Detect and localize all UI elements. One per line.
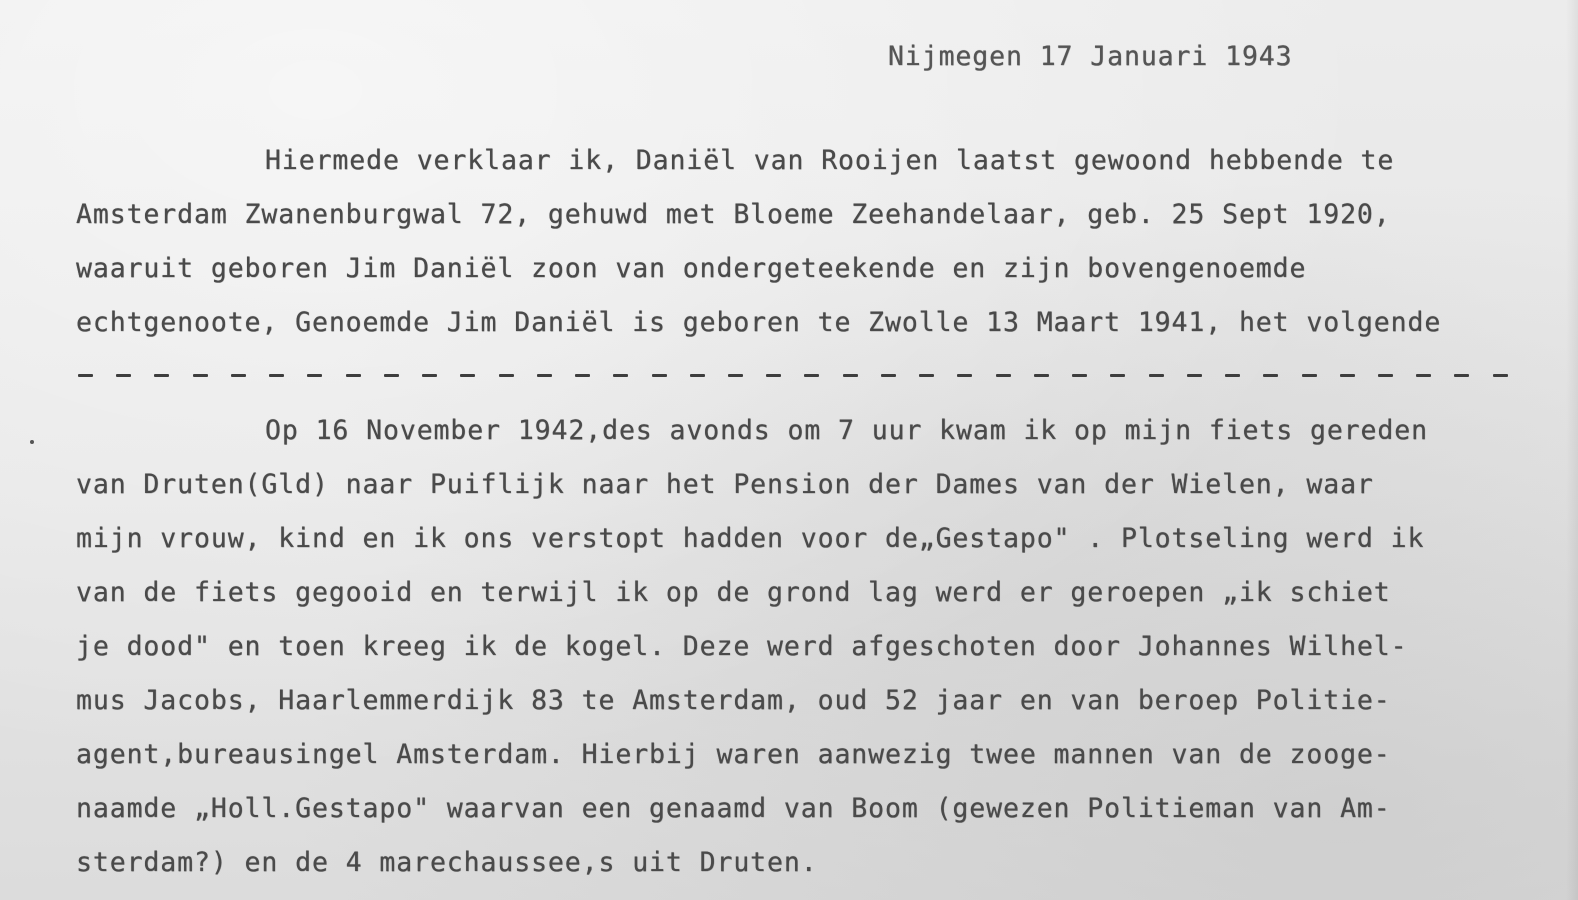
text-line: Amsterdam Zwanenburgwal 72, gehuwd met B…	[76, 202, 1391, 229]
text-line: mijn vrouw, kind en ik ons verstopt hadd…	[76, 526, 1424, 553]
dash	[116, 374, 131, 377]
dash	[690, 374, 705, 377]
dashed-separator	[78, 374, 1508, 377]
dash	[1493, 374, 1508, 377]
dash	[346, 374, 361, 377]
text-line: van de fiets gegooid en terwijl ik op de…	[76, 580, 1391, 607]
text-line: Hiermede verklaar ik, Daniël van Rooijen…	[265, 148, 1394, 175]
text-line: sterdam?) en de 4 marechaussee,s uit Dru…	[76, 850, 818, 877]
dash	[1110, 374, 1125, 377]
text-line: naamde „Holl.Gestapo" waarvan een genaam…	[76, 796, 1391, 823]
dash	[269, 374, 284, 377]
dash	[957, 374, 972, 377]
dash	[996, 374, 1011, 377]
dash	[728, 374, 743, 377]
dash	[1034, 374, 1049, 377]
dash	[154, 374, 169, 377]
dash	[766, 374, 781, 377]
text-line: Op 16 November 1942,des avonds om 7 uur …	[265, 418, 1428, 445]
text-line: mus Jacobs, Haarlemmerdijk 83 te Amsterd…	[76, 688, 1391, 715]
dash	[422, 374, 437, 377]
typewritten-letter-page: Nijmegen 17 Januari 1943 Hiermede verkla…	[0, 0, 1578, 900]
dash	[1263, 374, 1278, 377]
text-line: waaruit geboren Jim Daniël zoon van onde…	[76, 256, 1306, 283]
dash	[537, 374, 552, 377]
dash	[384, 374, 399, 377]
dash	[1225, 374, 1240, 377]
dash	[1378, 374, 1393, 377]
dash	[1454, 374, 1469, 377]
dash	[307, 374, 322, 377]
dash	[231, 374, 246, 377]
dash	[1072, 374, 1087, 377]
dash	[499, 374, 514, 377]
text-line: echtgenoote, Genoemde Jim Daniël is gebo…	[76, 310, 1441, 337]
dash	[652, 374, 667, 377]
dash	[881, 374, 896, 377]
text-line: agent,bureausingel Amsterdam. Hierbij wa…	[76, 742, 1391, 769]
text-line: je dood" en toen kreeg ik de kogel. Deze…	[76, 634, 1408, 661]
dash	[78, 374, 93, 377]
date-line: Nijmegen 17 Januari 1943	[888, 44, 1293, 71]
dash	[460, 374, 475, 377]
dash	[193, 374, 208, 377]
dash	[1149, 374, 1164, 377]
dash	[843, 374, 858, 377]
dash	[919, 374, 934, 377]
dash	[1302, 374, 1317, 377]
dash	[1340, 374, 1355, 377]
dash	[1416, 374, 1431, 377]
dash	[804, 374, 819, 377]
dash	[1187, 374, 1202, 377]
dash	[613, 374, 628, 377]
text-line: van Druten(Gld) naar Puiflijk naar het P…	[76, 472, 1374, 499]
paper-speck	[30, 440, 34, 444]
dash	[575, 374, 590, 377]
